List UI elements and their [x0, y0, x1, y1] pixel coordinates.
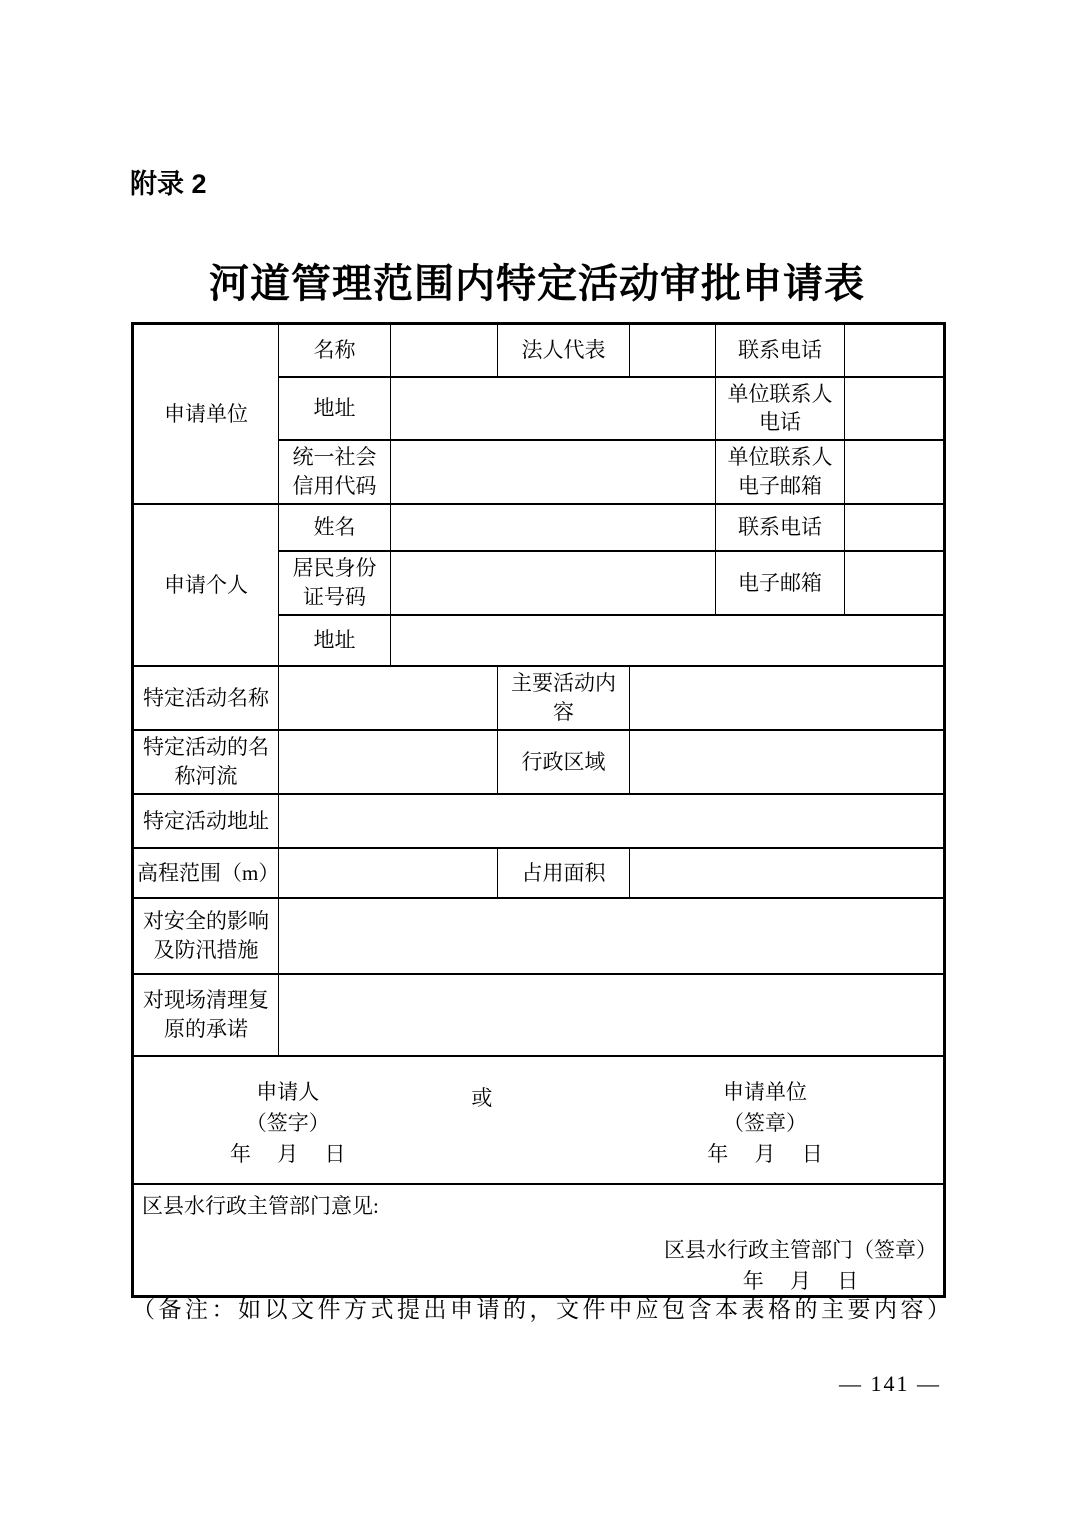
person-phone-label: 联系电话: [716, 504, 845, 551]
signature-row: 申请人 （签字） 年 月 日 或 申请单位 （签章） 年 月 日: [133, 1056, 945, 1184]
opinion-row: 区县水行政主管部门意见: 区县水行政主管部门（签章） 年 月 日: [133, 1184, 945, 1296]
footnote: （备注：如以文件方式提出申请的，文件中应包含本表格的主要内容）: [132, 1291, 992, 1324]
table-row: 申请个人 姓名 联系电话: [133, 504, 945, 551]
applicant-sign-label: 申请人: [230, 1077, 346, 1108]
org-contact-email-label: 单位联系人 电子邮箱: [716, 440, 845, 504]
activity-name-value-cell: [279, 666, 498, 730]
org-contact-email-value-cell: [845, 440, 945, 504]
activity-safety-label: 对安全的影响 及防汛措施: [133, 898, 279, 974]
org-legal-rep-value-cell: [630, 324, 716, 377]
activity-address-value-cell: [279, 794, 945, 848]
person-name-value-cell: [391, 504, 716, 551]
activity-safety-value-cell: [279, 898, 945, 974]
activity-cleanup-label: 对现场清理复 原的承诺: [133, 974, 279, 1056]
org-signature-block: 申请单位 （签章） 年 月 日: [707, 1077, 823, 1170]
table-row: 申请单位 名称 法人代表 联系电话: [133, 324, 945, 377]
org-credit-code-value-cell: [391, 440, 716, 504]
org-address-value-cell: [391, 377, 716, 441]
applicant-sign-date-label: 年 月 日: [230, 1139, 346, 1170]
org-sign-sub-label: （签章）: [707, 1108, 823, 1139]
activity-area-label: 占用面积: [498, 848, 630, 898]
person-phone-value-cell: [845, 504, 945, 551]
org-credit-code-label: 统一社会 信用代码: [279, 440, 391, 504]
signature-cell: 申请人 （签字） 年 月 日 或 申请单位 （签章） 年 月 日: [133, 1056, 945, 1184]
activity-name-label: 特定活动名称: [133, 666, 279, 730]
org-name-label: 名称: [279, 324, 391, 377]
activity-region-label: 行政区域: [498, 730, 630, 794]
org-phone-value-cell: [845, 324, 945, 377]
org-phone-label: 联系电话: [716, 324, 845, 377]
person-email-label: 电子邮箱: [716, 551, 845, 615]
authority-sign-label: 区县水行政主管部门（签章）: [664, 1235, 937, 1266]
org-section-label: 申请单位: [133, 324, 279, 505]
opinion-cell: 区县水行政主管部门意见: 区县水行政主管部门（签章） 年 月 日: [133, 1184, 945, 1296]
document-page: 附录 2 河道管理范围内特定活动审批申请表 申请单位 名称 法人代表 联系电话 …: [0, 0, 1074, 1520]
activity-address-label: 特定活动地址: [133, 794, 279, 848]
activity-region-value-cell: [630, 730, 945, 794]
opinion-heading: 区县水行政主管部门意见:: [134, 1185, 943, 1221]
activity-content-label: 主要活动内 容: [498, 666, 630, 730]
table-row: 对现场清理复 原的承诺: [133, 974, 945, 1056]
person-name-label: 姓名: [279, 504, 391, 551]
activity-elevation-label: 高程范围（m）: [133, 848, 279, 898]
org-contact-phone-label: 单位联系人 电话: [716, 377, 845, 441]
page-title: 河道管理范围内特定活动审批申请表: [131, 252, 943, 309]
signature-area: 申请人 （签字） 年 月 日 或 申请单位 （签章） 年 月 日: [134, 1057, 943, 1180]
applicant-sign-sub-label: （签字）: [230, 1108, 346, 1139]
org-contact-phone-value-cell: [845, 377, 945, 441]
authority-signature-block: 区县水行政主管部门（签章） 年 月 日: [664, 1235, 937, 1297]
table-row: 高程范围（m） 占用面积: [133, 848, 945, 898]
page-number: — 141 —: [839, 1371, 941, 1397]
activity-content-value-cell: [630, 666, 945, 730]
table-row: 特定活动地址: [133, 794, 945, 848]
applicant-signature-block: 申请人 （签字） 年 月 日: [230, 1077, 346, 1170]
activity-river-value-cell: [279, 730, 498, 794]
activity-area-value-cell: [630, 848, 945, 898]
org-address-label: 地址: [279, 377, 391, 441]
opinion-area: 区县水行政主管部门意见: 区县水行政主管部门（签章） 年 月 日: [134, 1185, 943, 1292]
activity-river-label: 特定活动的名 称河流: [133, 730, 279, 794]
org-sign-label: 申请单位: [707, 1077, 823, 1108]
appendix-label: 附录 2: [130, 162, 207, 201]
person-section-label: 申请个人: [133, 504, 279, 666]
org-legal-rep-label: 法人代表: [498, 324, 630, 377]
person-address-label: 地址: [279, 615, 391, 666]
org-name-value-cell: [391, 324, 498, 377]
activity-cleanup-value-cell: [279, 974, 945, 1056]
activity-elevation-value-cell: [279, 848, 498, 898]
org-sign-date-label: 年 月 日: [707, 1139, 823, 1170]
table-row: 特定活动名称 主要活动内 容: [133, 666, 945, 730]
table-row: 特定活动的名 称河流 行政区域: [133, 730, 945, 794]
person-id-label: 居民身份 证号码: [279, 551, 391, 615]
table-row: 对安全的影响 及防汛措施: [133, 898, 945, 974]
person-email-value-cell: [845, 551, 945, 615]
person-id-value-cell: [391, 551, 716, 615]
or-label: 或: [471, 1084, 492, 1113]
application-form-table: 申请单位 名称 法人代表 联系电话 地址 单位联系人 电话 统一社会 信用代码 …: [131, 322, 946, 1298]
person-address-value-cell: [391, 615, 945, 666]
